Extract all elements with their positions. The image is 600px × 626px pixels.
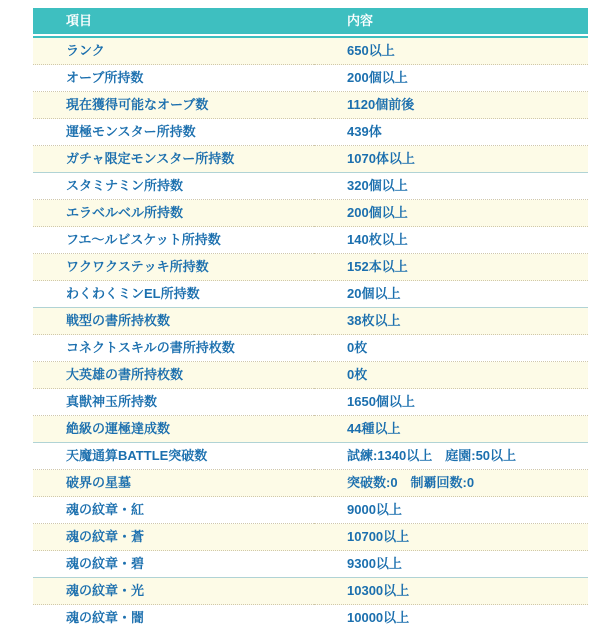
value-cell: 試練:1340以上 庭園:50以上 [314, 443, 588, 470]
item-cell: オーブ所持数 [33, 65, 314, 92]
value-cell: 1070体以上 [314, 146, 588, 173]
item-cell: 真獣神玉所持数 [33, 389, 314, 416]
item-cell: ガチャ限定モンスター所持数 [33, 146, 314, 173]
item-cell: 絶級の運極達成数 [33, 416, 314, 443]
table-row: 運極モンスター所持数439体 [33, 119, 588, 146]
item-cell: 魂の紋章・蒼 [33, 524, 314, 551]
header-item-column: 項目 [33, 8, 314, 36]
value-cell: 10000以上 [314, 605, 588, 626]
item-cell: ワクワクステッキ所持数 [33, 254, 314, 281]
value-cell: 9300以上 [314, 551, 588, 578]
item-cell: 現在獲得可能なオーブ数 [33, 92, 314, 119]
item-cell: 破界の星墓 [33, 470, 314, 497]
value-cell: 44種以上 [314, 416, 588, 443]
item-cell: スタミナミン所持数 [33, 173, 314, 200]
item-cell: エラベルベル所持数 [33, 200, 314, 227]
table-row: エラベルベル所持数200個以上 [33, 200, 588, 227]
table-row: コネクトスキルの書所持枚数0枚 [33, 335, 588, 362]
table-body: ランク650以上オーブ所持数200個以上現在獲得可能なオーブ数1120個前後運極… [33, 36, 588, 626]
value-cell: 10700以上 [314, 524, 588, 551]
item-cell: 魂の紋章・紅 [33, 497, 314, 524]
table-row: 魂の紋章・碧9300以上 [33, 551, 588, 578]
item-cell: コネクトスキルの書所持枚数 [33, 335, 314, 362]
value-cell: 20個以上 [314, 281, 588, 308]
table-row: スタミナミン所持数320個以上 [33, 173, 588, 200]
value-cell: 152本以上 [314, 254, 588, 281]
value-cell: 9000以上 [314, 497, 588, 524]
item-cell: 戦型の書所持枚数 [33, 308, 314, 335]
page: 項目 内容 ランク650以上オーブ所持数200個以上現在獲得可能なオーブ数112… [0, 0, 600, 626]
value-cell: 38枚以上 [314, 308, 588, 335]
value-cell: 439体 [314, 119, 588, 146]
value-cell: 0枚 [314, 335, 588, 362]
table-row: 魂の紋章・光10300以上 [33, 578, 588, 605]
table-row: 天魔通算BATTLE突破数試練:1340以上 庭園:50以上 [33, 443, 588, 470]
value-cell: 1120個前後 [314, 92, 588, 119]
value-cell: 0枚 [314, 362, 588, 389]
item-cell: 天魔通算BATTLE突破数 [33, 443, 314, 470]
table-row: 絶級の運極達成数44種以上 [33, 416, 588, 443]
item-cell: わくわくミンEL所持数 [33, 281, 314, 308]
item-cell: 魂の紋章・碧 [33, 551, 314, 578]
table-row: オーブ所持数200個以上 [33, 65, 588, 92]
table-row: 戦型の書所持枚数38枚以上 [33, 308, 588, 335]
status-table: 項目 内容 ランク650以上オーブ所持数200個以上現在獲得可能なオーブ数112… [33, 8, 588, 626]
table-row: わくわくミンEL所持数20個以上 [33, 281, 588, 308]
table-row: 魂の紋章・闇10000以上 [33, 605, 588, 626]
table-row: 破界の星墓突破数:0 制覇回数:0 [33, 470, 588, 497]
value-cell: 10300以上 [314, 578, 588, 605]
header-value-column: 内容 [314, 8, 588, 36]
item-cell: 運極モンスター所持数 [33, 119, 314, 146]
value-cell: 1650個以上 [314, 389, 588, 416]
table-header: 項目 内容 [33, 8, 588, 36]
table-row: ランク650以上 [33, 36, 588, 65]
table-row: ガチャ限定モンスター所持数1070体以上 [33, 146, 588, 173]
value-cell: 200個以上 [314, 65, 588, 92]
table-row: 魂の紋章・蒼10700以上 [33, 524, 588, 551]
header-row: 項目 内容 [33, 8, 588, 36]
item-cell: 魂の紋章・光 [33, 578, 314, 605]
table-row: 真獣神玉所持数1650個以上 [33, 389, 588, 416]
value-cell: 650以上 [314, 36, 588, 65]
value-cell: 200個以上 [314, 200, 588, 227]
item-cell: フエ〜ルビスケット所持数 [33, 227, 314, 254]
table-row: 大英雄の書所持枚数0枚 [33, 362, 588, 389]
table-row: 現在獲得可能なオーブ数1120個前後 [33, 92, 588, 119]
item-cell: 大英雄の書所持枚数 [33, 362, 314, 389]
item-cell: ランク [33, 36, 314, 65]
value-cell: 140枚以上 [314, 227, 588, 254]
table-row: フエ〜ルビスケット所持数140枚以上 [33, 227, 588, 254]
value-cell: 突破数:0 制覇回数:0 [314, 470, 588, 497]
value-cell: 320個以上 [314, 173, 588, 200]
table-row: 魂の紋章・紅9000以上 [33, 497, 588, 524]
item-cell: 魂の紋章・闇 [33, 605, 314, 626]
table-row: ワクワクステッキ所持数152本以上 [33, 254, 588, 281]
